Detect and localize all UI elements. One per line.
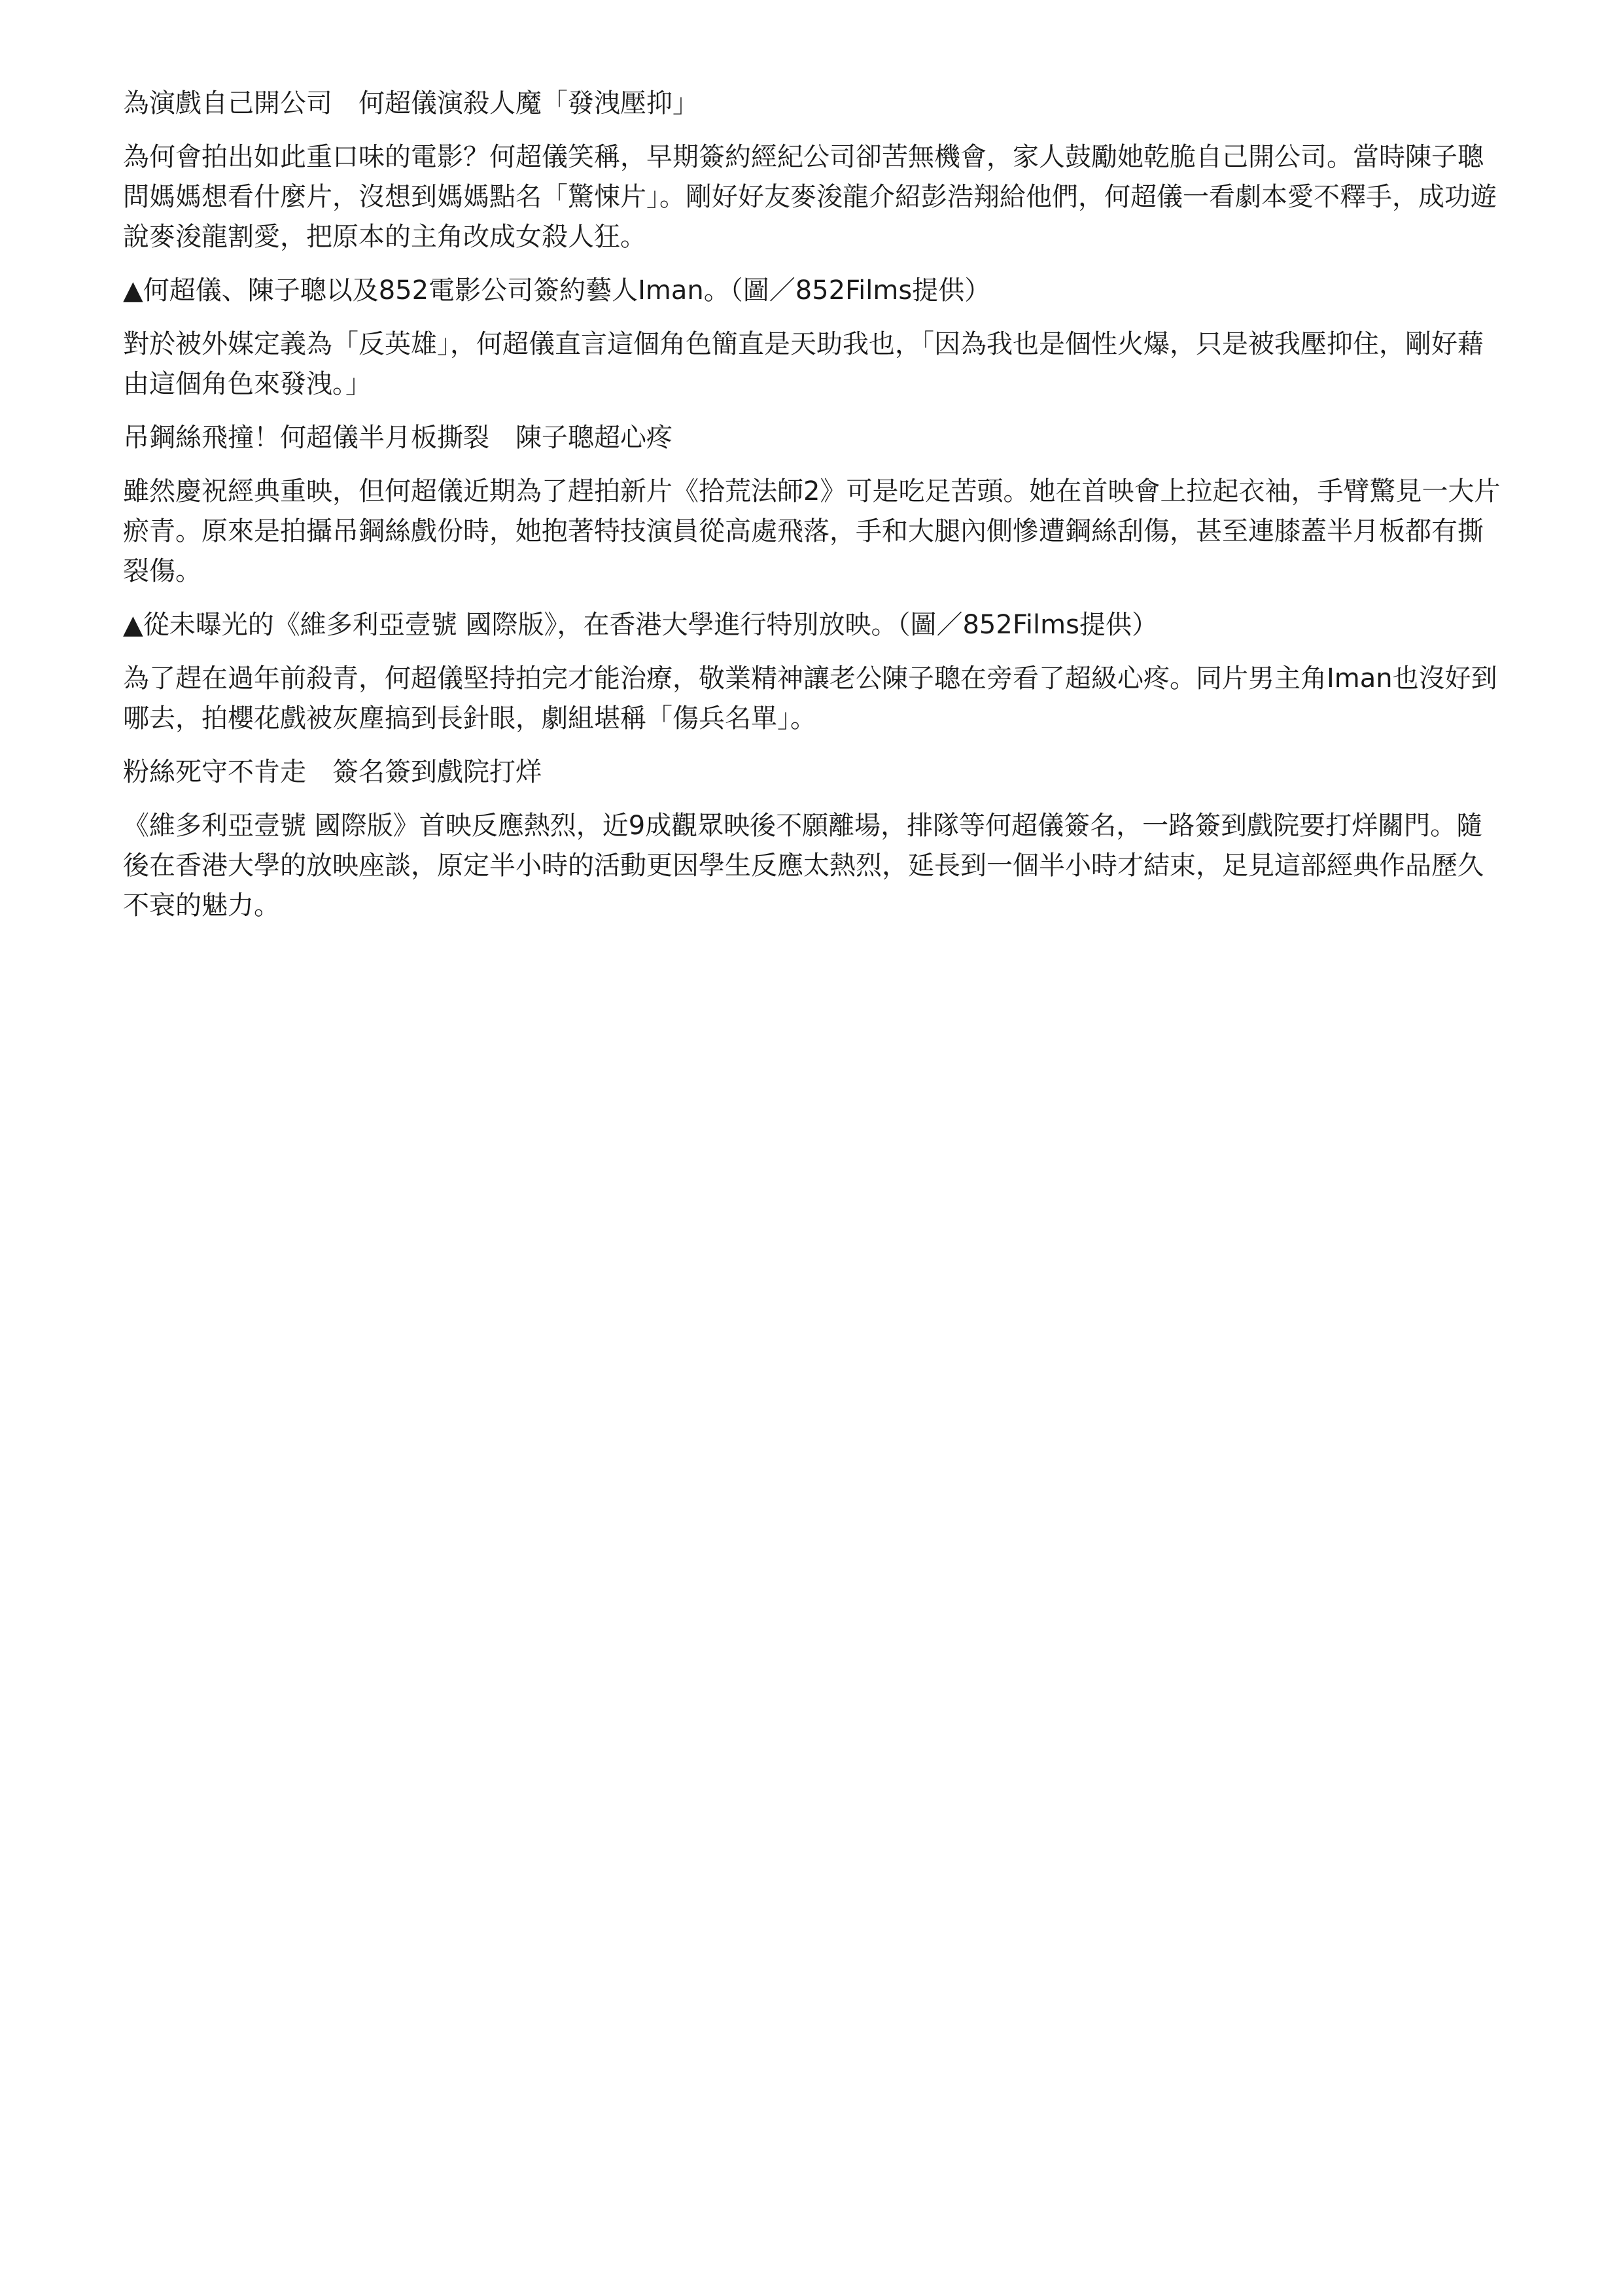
section-heading: 吊鋼絲飛撞！何超儀半月板撕裂 陳子聰超心疼: [123, 418, 1503, 458]
section-heading: 為演戲自己開公司 何超儀演殺人魔「發洩壓抑」: [123, 84, 1503, 124]
image-caption: ▲何超儀、陳子聰以及852電影公司簽約藝人Iman。（圖／852Films提供）: [123, 271, 1503, 311]
body-paragraph: 為何會拍出如此重口味的電影？何超儀笑稱，早期簽約經紀公司卻苦無機會，家人鼓勵她乾…: [123, 137, 1503, 257]
body-paragraph: 為了趕在過年前殺青，何超儀堅持拍完才能治療，敬業精神讓老公陳子聰在旁看了超級心疼…: [123, 659, 1503, 739]
body-paragraph: 《維多利亞壹號 國際版》首映反應熱烈，近9成觀眾映後不願離場，排隊等何超儀簽名，…: [123, 806, 1503, 926]
section-heading: 粉絲死守不肯走 簽名簽到戲院打烊: [123, 752, 1503, 792]
document-page: 為演戲自己開公司 何超儀演殺人魔「發洩壓抑」 為何會拍出如此重口味的電影？何超儀…: [123, 84, 1503, 940]
body-paragraph: 雖然慶祝經典重映，但何超儀近期為了趕拍新片《拾荒法師2》可是吃足苦頭。她在首映會…: [123, 472, 1503, 592]
body-paragraph: 對於被外媒定義為「反英雄」，何超儀直言這個角色簡直是天助我也，「因為我也是個性火…: [123, 325, 1503, 404]
image-caption: ▲從未曝光的《維多利亞壹號 國際版》，在香港大學進行特別放映。（圖／852Fil…: [123, 605, 1503, 645]
